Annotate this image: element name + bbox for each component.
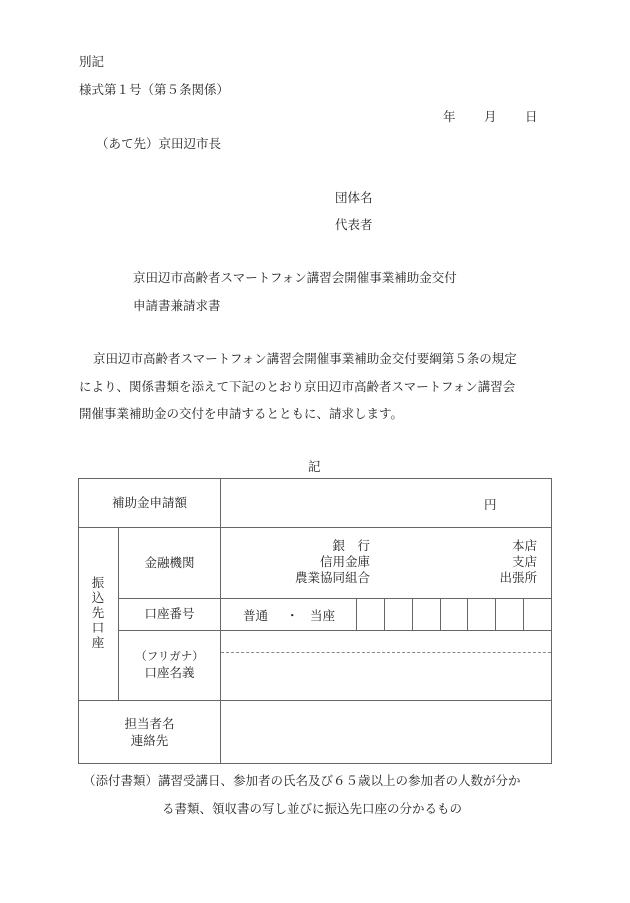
account-digit-3[interactable] xyxy=(413,599,440,630)
option-branch[interactable]: 支店 xyxy=(480,554,537,570)
date-year-label: 年 xyxy=(443,107,456,125)
form-number: 様式第１号（第５条関係） xyxy=(79,80,229,98)
addressee: （あて先）京田辺市長 xyxy=(96,134,221,152)
date-month-label: 月 xyxy=(484,107,497,125)
note-heading: 記 xyxy=(308,457,321,475)
institution-type-options[interactable]: 銀 行 信用金庫 農業協同組合 xyxy=(270,538,370,586)
body-text-line1: 京田辺市高齢者スマートフォン講習会開催事業補助金交付要綱第５条の規定 xyxy=(93,349,517,367)
account-digit-4[interactable] xyxy=(441,599,467,630)
group-label-char: 込 xyxy=(90,590,106,605)
account-type-current[interactable]: 当座 xyxy=(310,606,335,624)
option-sub-branch[interactable]: 出張所 xyxy=(480,570,537,586)
document-title-line2: 申請書兼請求書 xyxy=(133,296,221,314)
group-label-char: 口 xyxy=(90,620,106,635)
amount-label: 補助金申請額 xyxy=(79,495,220,511)
option-agricultural-coop[interactable]: 農業協同組合 xyxy=(270,570,370,586)
contact-info-label: 連絡先 xyxy=(79,733,220,749)
body-text-line3: 開催事業補助金の交付を申請するとともに、請求します。 xyxy=(79,404,403,422)
account-digit-5[interactable] xyxy=(468,599,495,630)
group-label-char: 振 xyxy=(90,575,106,590)
account-digit-6[interactable] xyxy=(496,599,523,630)
group-label-char: 先 xyxy=(90,605,106,620)
option-bank[interactable]: 銀 行 xyxy=(270,538,370,554)
document-title-line1: 京田辺市高齢者スマートフォン講習会開催事業補助金交付 xyxy=(133,268,457,286)
group-label-char: 座 xyxy=(90,635,106,650)
amount-input[interactable] xyxy=(221,479,481,527)
account-holder-kana-input[interactable] xyxy=(221,631,551,652)
contact-input[interactable] xyxy=(221,701,551,763)
option-head-office[interactable]: 本店 xyxy=(480,538,537,554)
furigana-label: （フリガナ） xyxy=(119,648,220,664)
attachments-line2: る書類、領収書の写し並びに振込先口座の分かるもの xyxy=(162,799,462,817)
date-day-label: 日 xyxy=(525,107,538,125)
option-credit-union[interactable]: 信用金庫 xyxy=(270,554,370,570)
organization-name-label: 団体名 xyxy=(335,188,373,206)
account-holder-label: 口座名義 xyxy=(119,665,220,681)
appendix-label: 別記 xyxy=(79,52,104,70)
account-number-label: 口座番号 xyxy=(119,606,220,622)
branch-type-options[interactable]: 本店 支店 出張所 xyxy=(480,538,537,586)
contact-person-label: 担当者名 xyxy=(79,716,220,732)
account-type-separator: ・ xyxy=(286,606,299,624)
account-type-ordinary[interactable]: 普通 xyxy=(243,606,268,624)
yen-unit: 円 xyxy=(484,495,497,513)
account-digit-7[interactable] xyxy=(524,599,551,630)
transfer-account-group-label: 振 込 先 口 座 xyxy=(90,575,106,650)
attachments-line1: （添付書類）講習受講日、参加者の氏名及び６５歳以上の参加者の人数が分か xyxy=(83,771,521,789)
body-text-line2: により、関係書類を添えて下記のとおり京田辺市高齢者スマートフォン講習会 xyxy=(79,377,515,395)
representative-label: 代表者 xyxy=(335,215,373,233)
account-holder-input[interactable] xyxy=(221,653,551,700)
institution-label: 金融機関 xyxy=(119,555,220,571)
account-digit-2[interactable] xyxy=(385,599,412,630)
account-digit-1[interactable] xyxy=(357,599,384,630)
